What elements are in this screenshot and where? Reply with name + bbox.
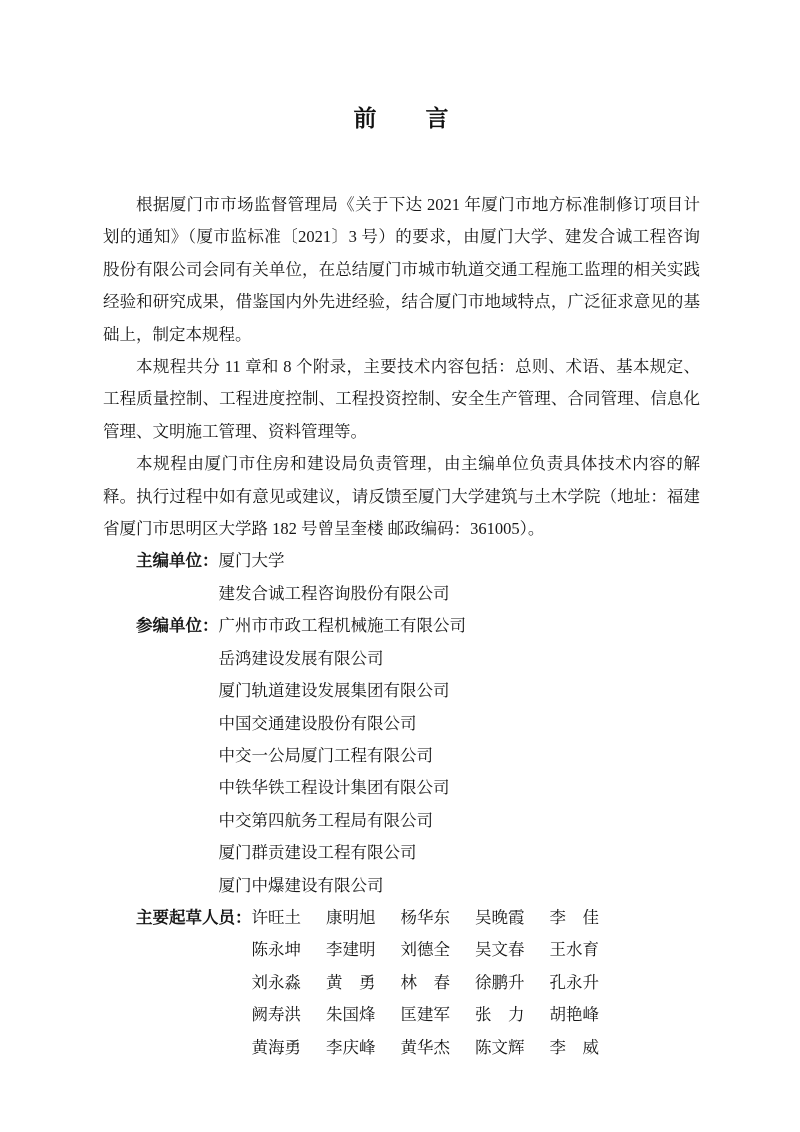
person-name: 吴文春 bbox=[475, 934, 525, 966]
unit-item: 岳鸿建设发展有限公司 bbox=[219, 643, 701, 675]
person-name: 刘永淼 bbox=[252, 967, 302, 999]
person-name: 胡艳峰 bbox=[550, 999, 600, 1031]
person-name: 林 春 bbox=[401, 967, 451, 999]
document-page: 前 言 根据厦门市市场监督管理局《关于下达 2021 年厦门市地方标准制修订项目… bbox=[0, 0, 800, 1132]
person-name: 陈永坤 bbox=[252, 934, 302, 966]
paragraph-contents: 本规程共分 11 章和 8 个附录，主要技术内容包括：总则、术语、基本规定、工程… bbox=[103, 351, 700, 448]
unit-item: 厦门中爆建设有限公司 bbox=[219, 870, 701, 902]
drafters-row: 刘永淼 黄 勇 林 春 徐鹏升 孔永升 bbox=[252, 967, 701, 999]
person-name: 王水育 bbox=[550, 934, 600, 966]
body-text-block: 根据厦门市市场监督管理局《关于下达 2021 年厦门市地方标准制修订项目计划的通… bbox=[103, 189, 700, 1064]
participating-units: 广州市市政工程机械施工有限公司 岳鸿建设发展有限公司 厦门轨道建设发展集团有限公… bbox=[219, 610, 701, 902]
unit-item: 中国交通建设股份有限公司 bbox=[219, 708, 701, 740]
drafters-row: 黄海勇 李庆峰 黄华杰 陈文辉 李 威 bbox=[252, 1032, 701, 1064]
person-name: 许旺土 bbox=[252, 902, 302, 934]
drafters-names: 许旺土 康明旭 杨华东 吴晚霞 李 佳 陈永坤 李建明 刘德全 吴文春 王水育 bbox=[252, 902, 701, 1064]
unit-item: 厦门群贡建设工程有限公司 bbox=[219, 837, 701, 869]
person-name: 刘德全 bbox=[401, 934, 451, 966]
unit-item: 中交一公局厦门工程有限公司 bbox=[219, 740, 701, 772]
person-name: 杨华东 bbox=[401, 902, 451, 934]
participating-units-label: 参编单位： bbox=[136, 610, 219, 642]
unit-item: 中交第四航务工程局有限公司 bbox=[219, 805, 701, 837]
page-title: 前 言 bbox=[103, 0, 700, 133]
person-name: 朱国烽 bbox=[326, 999, 376, 1031]
unit-item: 广州市市政工程机械施工有限公司 bbox=[219, 610, 701, 642]
drafters-row: 陈永坤 李建明 刘德全 吴文春 王水育 bbox=[252, 934, 701, 966]
person-name: 黄华杰 bbox=[401, 1032, 451, 1064]
person-name: 黄 勇 bbox=[326, 967, 376, 999]
person-name: 匡建军 bbox=[401, 999, 451, 1031]
paragraph-basis: 根据厦门市市场监督管理局《关于下达 2021 年厦门市地方标准制修订项目计划的通… bbox=[103, 189, 700, 351]
person-name: 吴晚霞 bbox=[475, 902, 525, 934]
person-name: 李 佳 bbox=[550, 902, 600, 934]
person-name: 陈文辉 bbox=[475, 1032, 525, 1064]
chief-editor-units: 厦门大学 建发合诚工程咨询股份有限公司 bbox=[219, 545, 701, 610]
chief-editor-section: 主编单位： 厦门大学 建发合诚工程咨询股份有限公司 bbox=[103, 545, 700, 610]
person-name: 李建明 bbox=[326, 934, 376, 966]
participating-units-section: 参编单位： 广州市市政工程机械施工有限公司 岳鸿建设发展有限公司 厦门轨道建设发… bbox=[103, 610, 700, 902]
unit-item: 厦门大学 bbox=[219, 545, 701, 577]
person-name: 李庆峰 bbox=[326, 1032, 376, 1064]
person-name: 康明旭 bbox=[326, 902, 376, 934]
drafters-row: 阙寿洪 朱国烽 匡建军 张 力 胡艳峰 bbox=[252, 999, 701, 1031]
drafters-row: 许旺土 康明旭 杨华东 吴晚霞 李 佳 bbox=[252, 902, 701, 934]
person-name: 徐鹏升 bbox=[475, 967, 525, 999]
unit-item: 建发合诚工程咨询股份有限公司 bbox=[219, 578, 701, 610]
person-name: 阙寿洪 bbox=[252, 999, 302, 1031]
unit-item: 中铁华铁工程设计集团有限公司 bbox=[219, 772, 701, 804]
chief-editor-label: 主编单位： bbox=[136, 545, 219, 577]
person-name: 黄海勇 bbox=[252, 1032, 302, 1064]
person-name: 李 威 bbox=[550, 1032, 600, 1064]
drafters-section: 主要起草人员： 许旺土 康明旭 杨华东 吴晚霞 李 佳 陈永坤 李建明 刘德全 … bbox=[103, 902, 700, 1064]
paragraph-management: 本规程由厦门市住房和建设局负责管理，由主编单位负责具体技术内容的解释。执行过程中… bbox=[103, 448, 700, 545]
drafters-label: 主要起草人员： bbox=[136, 902, 252, 934]
person-name: 张 力 bbox=[475, 999, 525, 1031]
person-name: 孔永升 bbox=[550, 967, 600, 999]
unit-item: 厦门轨道建设发展集团有限公司 bbox=[219, 675, 701, 707]
page-content: 前 言 根据厦门市市场监督管理局《关于下达 2021 年厦门市地方标准制修订项目… bbox=[103, 0, 700, 1064]
